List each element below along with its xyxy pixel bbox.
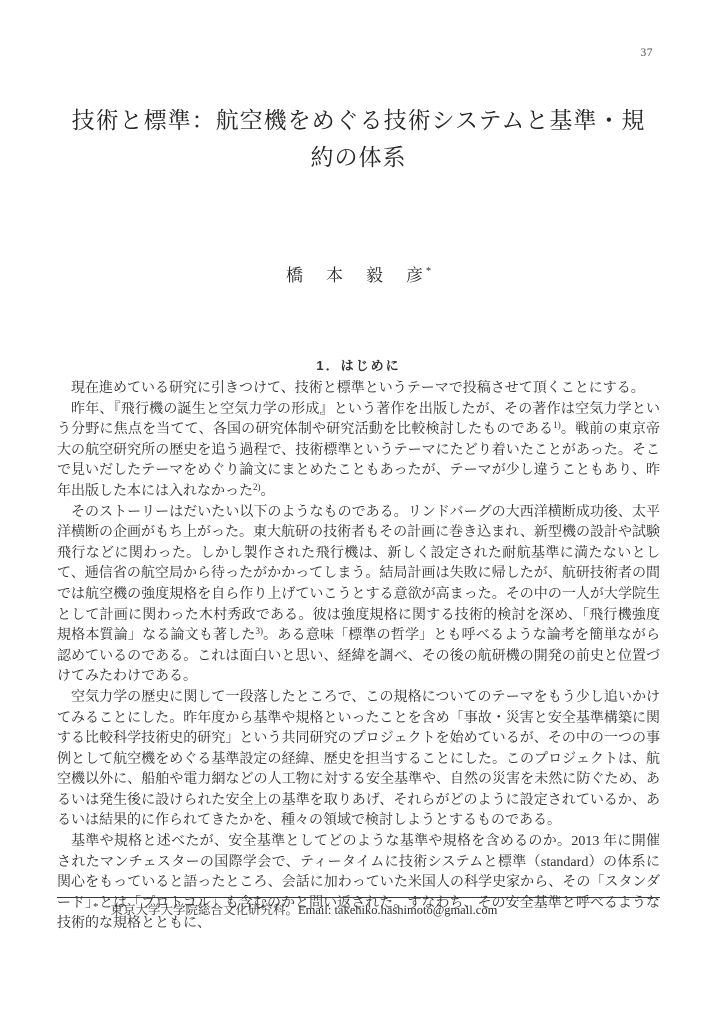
footnote-marker: * <box>93 901 99 913</box>
footnote-ref: 3) <box>256 626 264 636</box>
footnote: * 東京大学大学院総合文化研究科。Email: takehiko.hashimo… <box>57 902 660 919</box>
body-paragraph: そのストーリーはだいたい以下のようなものである。リンドバーグの大西洋横断成功後、… <box>57 503 660 688</box>
article-title: 技術と標準：航空機をめぐる技術システムと基準・規約の体系 <box>65 102 653 176</box>
body-paragraphs: 現在進めている研究に引きつけて、技術と標準というテーマで投稿させて頂くことにする… <box>57 379 660 935</box>
footnote-ref: 1) <box>553 420 561 430</box>
footnote-rule <box>57 897 660 898</box>
author-note-marker: * <box>426 266 431 277</box>
footnote-ref: 2) <box>253 482 261 492</box>
paper-page: 37 技術と標準：航空機をめぐる技術システムと基準・規約の体系 橋 本 毅 彦*… <box>0 0 717 1012</box>
page-number: 37 <box>641 47 654 59</box>
footnote-text: 東京大学大学院総合文化研究科。Email: takehiko.hashimoto… <box>111 902 498 919</box>
author-line: 橋 本 毅 彦* <box>0 261 717 286</box>
body-paragraph: 昨年、『飛行機の誕生と空気力学の形成』という著作を出版したが、その著作は空気力学… <box>57 400 660 503</box>
author-name: 橋 本 毅 彦 <box>286 266 426 285</box>
section-heading: 1．はじめに <box>0 355 717 374</box>
body-paragraph: 空気力学の歴史に関して一段落したところで、この規格についてのテーマをもう少し追い… <box>57 688 660 832</box>
body-paragraph: 基準や規格と述べたが、安全基準としてどのような基準や規格を含めるのか。2013 … <box>57 832 660 935</box>
body-paragraph: 現在進めている研究に引きつけて、技術と標準というテーマで投稿させて頂くことにする… <box>57 379 660 400</box>
